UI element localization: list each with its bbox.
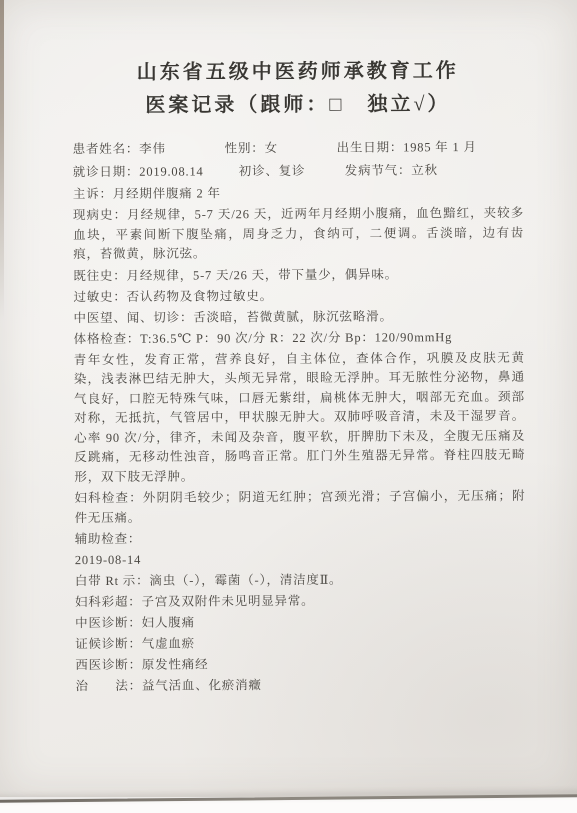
pattern-diagnosis-value: 气虚血瘀 (142, 636, 195, 650)
treatment-method-label: 治 法： (75, 679, 142, 693)
medical-record: 山东省五级中医药师承教育工作 医案记录（跟师：□ 独立√） 患者姓名：李伟 性别… (0, 0, 577, 813)
tcm-diagnosis-label: 中医诊断： (75, 616, 142, 630)
physical-exam: 青年女性，发育正常，营养良好，自主体位，查体合作，巩膜及皮肤无黄染，浅表淋巴结无… (74, 348, 526, 487)
patient-info: 患者姓名：李伟 性别：女 出生日期：1985 年 1 月 就诊日期：2019.0… (73, 137, 524, 183)
treatment-method: 治 法：益气活血、化瘀消癥 (75, 675, 526, 696)
patient-birth-value: 1985 年 1 月 (403, 140, 477, 154)
onset-label: 发病节气： (345, 163, 412, 177)
patient-gender-label: 性别： (225, 141, 265, 155)
allergy-history: 过敏史：否认药物及食物过敏史。 (73, 285, 524, 306)
onset-value: 立秋 (411, 163, 438, 177)
present-illness-value: 月经规律，5-7 天/26 天，近两年月经期小腹痛，血色黯红，夹较多血块，平素间… (73, 206, 524, 261)
chief-complaint-value: 月经期伴腹痛 2 年 (113, 186, 221, 201)
allergy-history-value: 否认药物及食物过敏史。 (127, 289, 273, 304)
chief-complaint-label: 主诉： (73, 187, 113, 201)
patient-info-row-1: 患者姓名：李伟 性别：女 出生日期：1985 年 1 月 (73, 137, 524, 160)
patient-gender-value: 女 (265, 141, 278, 155)
gyn-ultrasound: 妇科彩超：子宫及双附件未见明显异常。 (75, 591, 526, 612)
vitals-value: T:36.5℃ P：90 次/分 R：22 次/分 Bp：120/90mmHg (140, 330, 452, 346)
gyn-exam-label: 妇科检查： (74, 491, 142, 505)
gyn-ultrasound-value: 子宫及双附件未见明显异常。 (141, 594, 314, 609)
leukorrhea-test: 白带 Rt 示：滴虫（-），霉菌（-），清洁度Ⅱ。 (75, 570, 526, 591)
aux-exam-date: 2019-08-14 (75, 549, 526, 570)
patient-info-row-2: 就诊日期：2019.08.14 初诊、复诊 发病节气：立秋 (73, 160, 524, 183)
visit-type: 初诊、复诊 (239, 162, 345, 182)
gyn-exam: 妇科检查：外阴阴毛较少；阴道无红肿；宫颈光滑；子宫偏小，无压痛；附件无压痛。 (74, 487, 525, 528)
patient-name-value: 李伟 (139, 142, 166, 156)
visit-date-label: 就诊日期： (73, 165, 140, 179)
western-diagnosis-label: 西医诊断： (75, 658, 142, 672)
vitals: 体格检查：T:36.5℃ P：90 次/分 R：22 次/分 Bp：120/90… (74, 327, 525, 348)
patient-gender: 性别：女 (225, 139, 337, 159)
pattern-diagnosis: 证候诊断：气虚血瘀 (75, 633, 526, 654)
pattern-diagnosis-label: 证候诊断： (75, 637, 142, 651)
record-title: 医案记录（跟师：□ 独立√） (72, 90, 523, 120)
patient-name-label: 患者姓名： (73, 142, 140, 156)
leukorrhea-test-label: 白带 Rt 示： (75, 574, 150, 588)
document-photo: 山东省五级中医药师承教育工作 医案记录（跟师：□ 独立√） 患者姓名：李伟 性别… (0, 0, 577, 813)
onset-solar-term: 发病节气：立秋 (345, 161, 524, 181)
western-diagnosis: 西医诊断：原发性痛经 (75, 654, 526, 675)
gyn-ultrasound-label: 妇科彩超： (75, 595, 142, 609)
aux-exam-heading: 辅助检查： (75, 528, 526, 549)
allergy-history-label: 过敏史： (73, 289, 126, 303)
tcm-diagnosis-value: 妇人腹痛 (142, 615, 195, 629)
gyn-exam-value: 外阴阴毛较少；阴道无红肿；宫颈光滑；子宫偏小，无压痛；附件无压痛。 (75, 489, 526, 525)
treatment-method-value: 益气活血、化瘀消癥 (142, 678, 262, 693)
present-illness: 现病史：月经规律，5-7 天/26 天，近两年月经期小腹痛，血色黯红，夹较多血块… (73, 204, 524, 265)
visit-date: 就诊日期：2019.08.14 (73, 162, 239, 182)
org-title: 山东省五级中医药师承教育工作 (72, 57, 523, 87)
tcm-four-exams-value: 舌淡暗，苔微黄腻，脉沉弦略滑。 (193, 309, 393, 324)
patient-name: 患者姓名：李伟 (73, 139, 225, 159)
present-illness-label: 现病史： (73, 208, 127, 222)
chief-complaint: 主诉：月经期伴腹痛 2 年 (73, 183, 524, 204)
vitals-label: 体格检查： (74, 331, 141, 345)
patient-birth-label: 出生日期： (337, 140, 404, 154)
past-history-value: 月经规律，5-7 天/26 天，带下量少，偶异味。 (126, 267, 397, 282)
patient-birth: 出生日期：1985 年 1 月 (337, 138, 524, 158)
tcm-four-exams: 中医望、闻、切诊：舌淡暗，苔微黄腻，脉沉弦略滑。 (73, 306, 524, 327)
leukorrhea-test-value: 滴虫（-），霉菌（-），清洁度Ⅱ。 (149, 573, 342, 588)
tcm-diagnosis: 中医诊断：妇人腹痛 (75, 612, 526, 633)
tcm-four-exams-label: 中医望、闻、切诊： (73, 310, 193, 325)
past-history: 既往史：月经规律，5-7 天/26 天，带下量少，偶异味。 (73, 264, 524, 285)
past-history-label: 既往史： (73, 268, 126, 282)
western-diagnosis-value: 原发性痛经 (142, 657, 209, 671)
visit-date-value: 2019.08.14 (139, 164, 203, 178)
